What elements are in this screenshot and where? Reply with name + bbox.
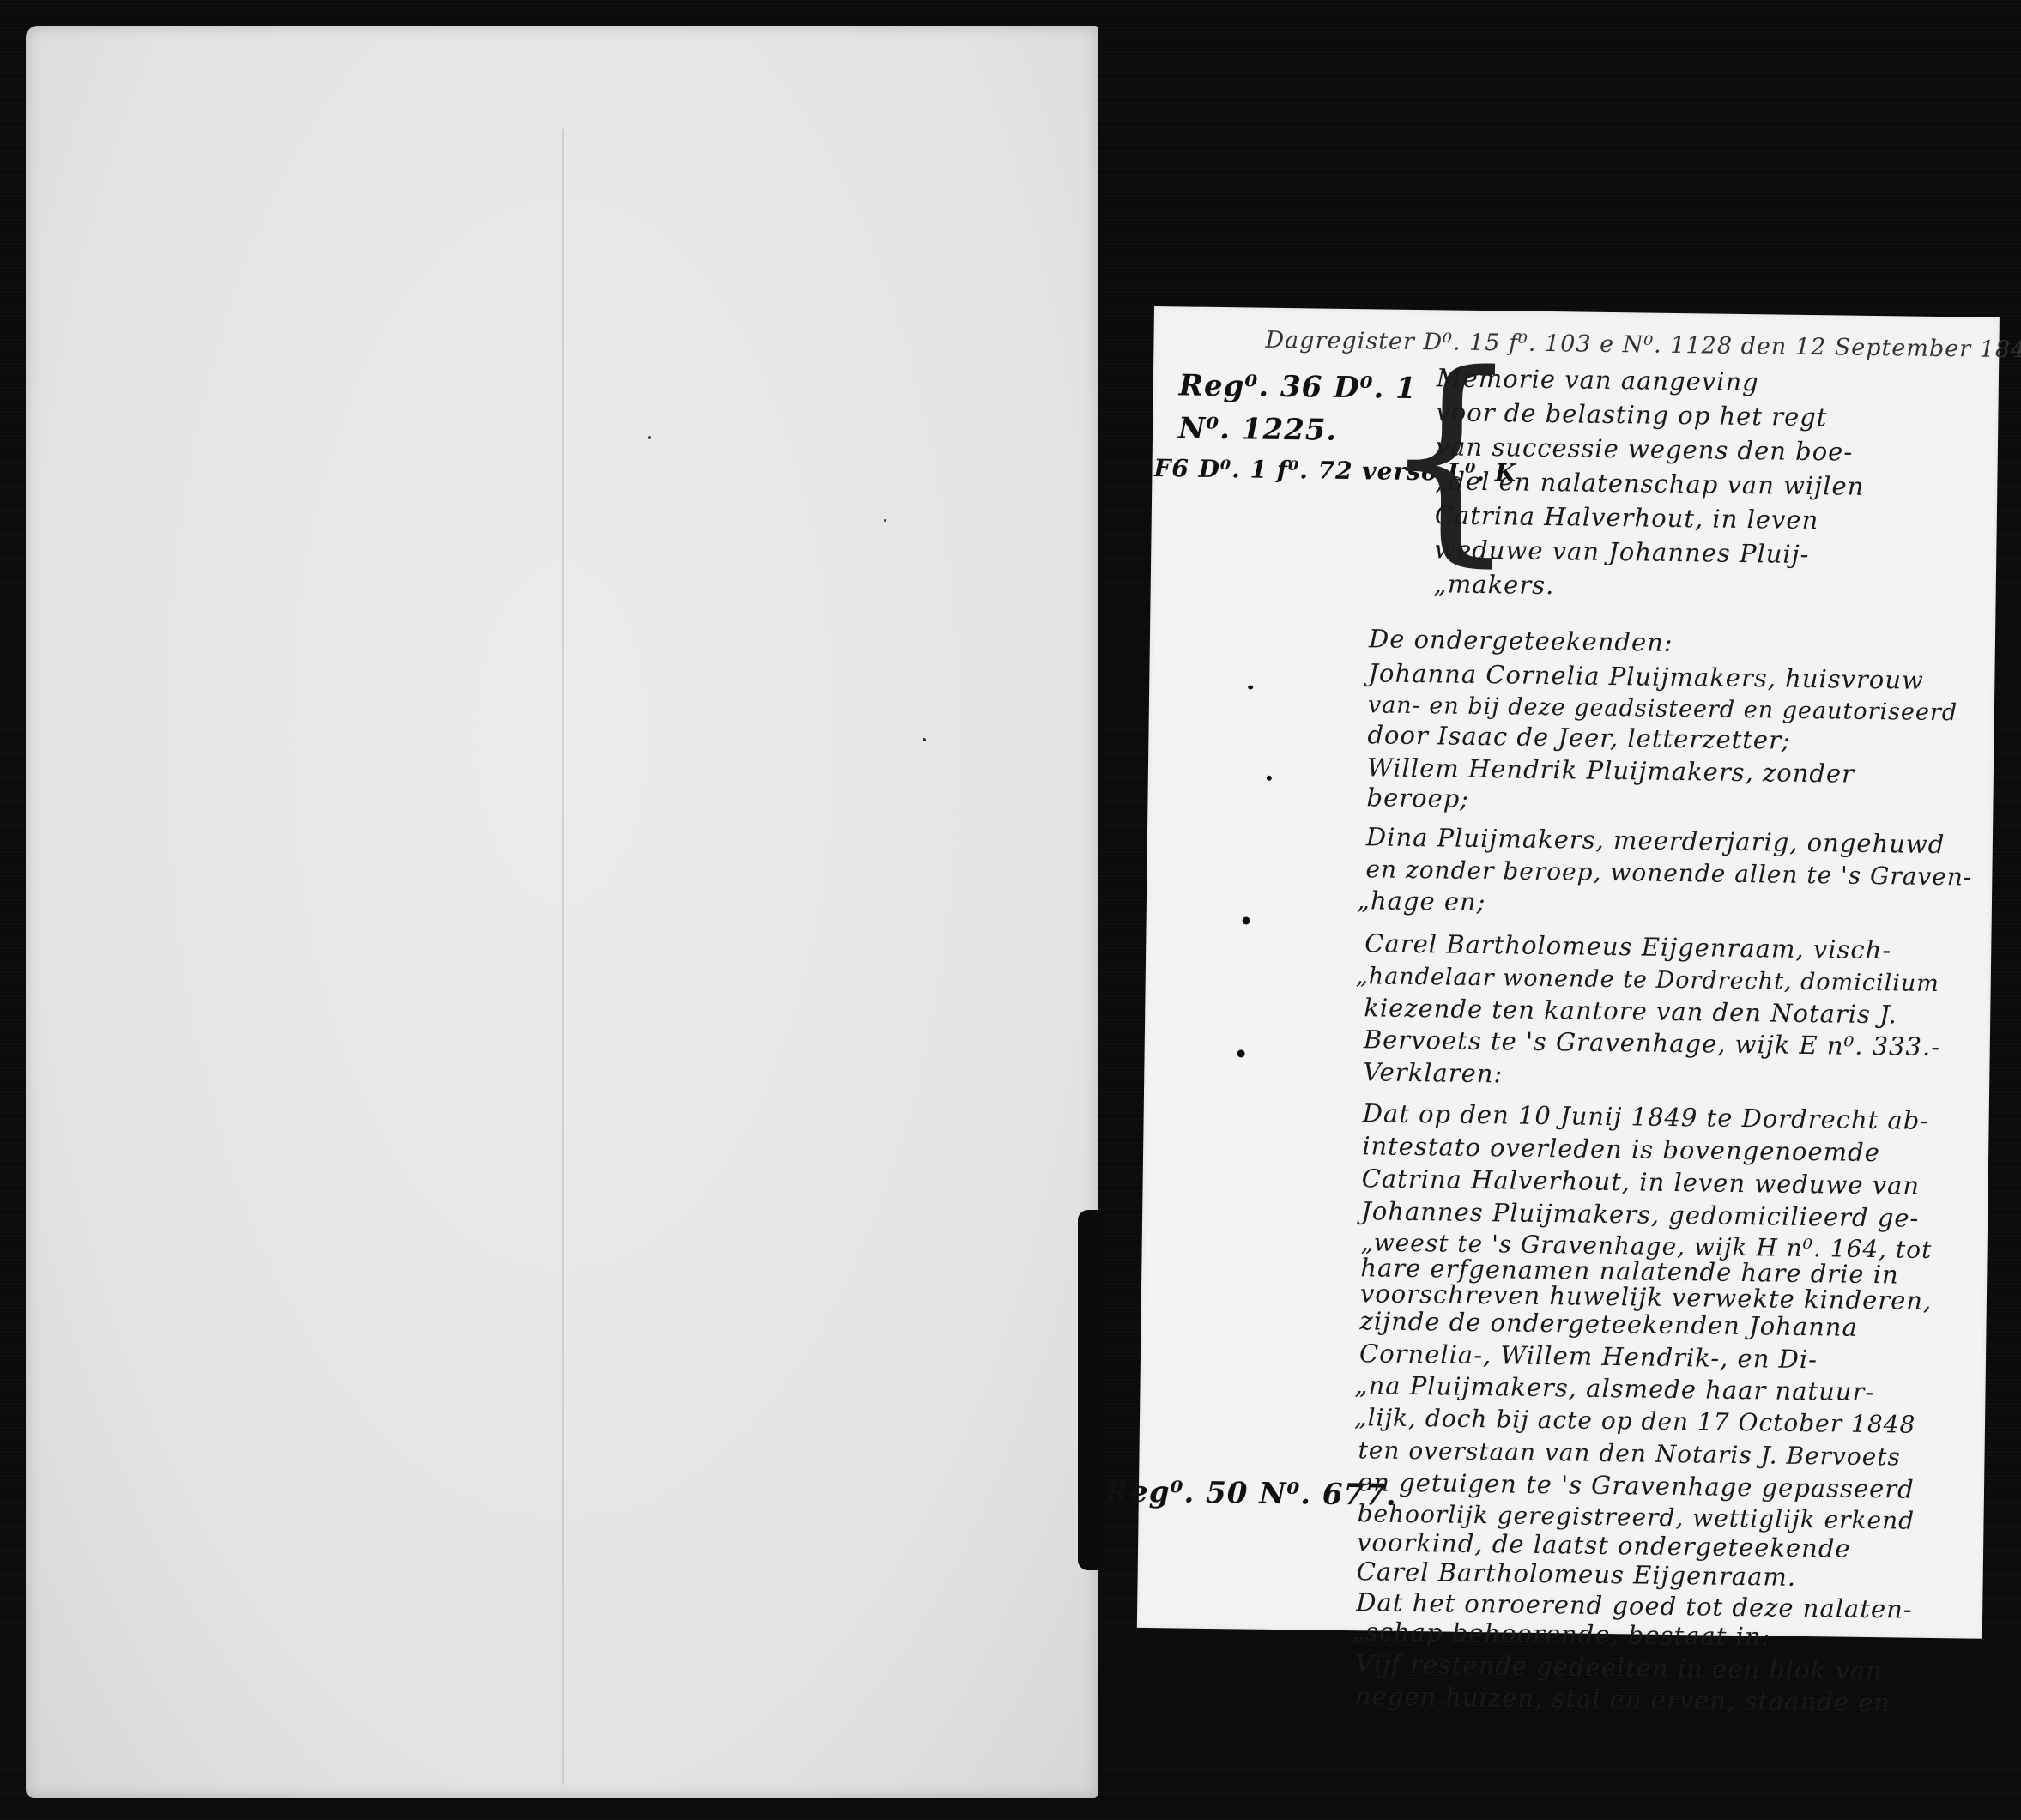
ink-dot	[1248, 685, 1253, 689]
margin-note-number: N⁰. 1225.	[1178, 411, 1338, 447]
title-line: Catrina Halverhout, in leven	[1435, 499, 1819, 537]
body-line: De ondergeteekenden:	[1369, 622, 1673, 660]
margin-note-register-50: Reg⁰. 50 N⁰. 677.	[1104, 1474, 1397, 1512]
right-page-document: Dagregister D⁰. 15 f⁰. 103 e N⁰. 1128 de…	[1137, 306, 2000, 1639]
ink-dot	[1267, 776, 1272, 781]
torn-edge	[1078, 1210, 1104, 1570]
title-line: van successie wegens den boe-	[1436, 430, 1854, 469]
dagregister-header: Dagregister D⁰. 15 f⁰. 103 e N⁰. 1128 de…	[1265, 327, 2021, 364]
fold-line	[562, 129, 564, 1785]
title-line: Memorie van aangeving	[1437, 361, 1759, 399]
paper-speck	[923, 738, 926, 741]
title-line: weduwe van Johannes Pluij-	[1434, 533, 1810, 571]
left-page-blank	[26, 26, 1098, 1798]
body-line: Verklaren:	[1363, 1055, 1503, 1091]
ink-dot	[1243, 916, 1250, 924]
ink-dot	[1237, 1049, 1245, 1057]
title-line: „makers.	[1434, 567, 1555, 602]
paper-speck	[884, 519, 886, 522]
title-line: voor de belasting op het regt	[1436, 396, 1828, 434]
title-line: „del en nalatenschap van wijlen	[1435, 464, 1864, 504]
body-line: negen huizen, stal en erven, staande en	[1355, 1679, 1891, 1720]
body-line: beroep;	[1366, 781, 1469, 816]
body-line: „hage en;	[1357, 884, 1486, 919]
paper-speck	[648, 436, 651, 439]
